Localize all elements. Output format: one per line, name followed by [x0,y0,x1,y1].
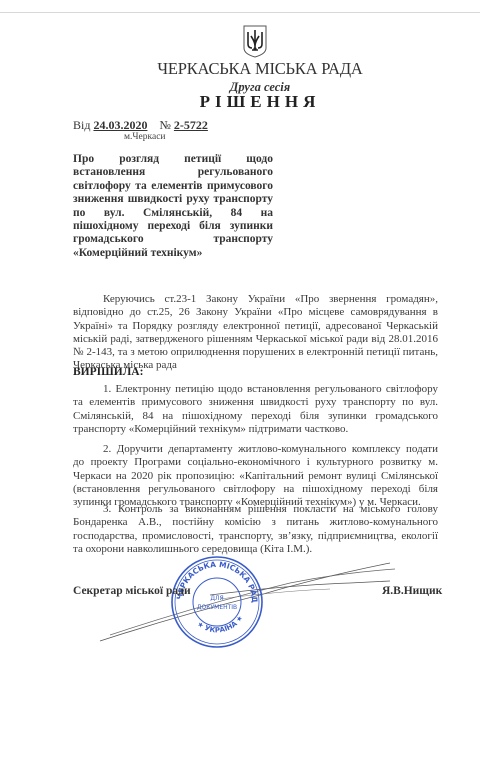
date-number-line: Від 24.03.2020 № 2-5722 [73,118,208,133]
resolved-heading: ВИРІШИЛА: [73,366,143,378]
stamp-center-line1: ДЛЯ [210,595,223,602]
document-title: РІШЕННЯ [0,92,480,112]
date-prefix: Від [73,118,90,132]
city-label: м.Черкаси [124,132,166,142]
svg-text:★ УКРАЇНА ★: ★ УКРАЇНА ★ [196,614,245,634]
clause-3: 3. Контроль за виконанням рішення поклас… [73,503,438,556]
number-prefix: № [159,118,170,132]
clause-1: 1. Електронну петицію щодо встановлення … [73,383,438,436]
signatory-position: Секретар міської ради [73,585,191,597]
decision-subject: Про розгляд петиції щодо встановлення ре… [73,153,273,260]
scan-edge-line [0,12,480,13]
signatory-name: Я.В.Нищик [382,585,442,597]
clause-2: 2. Доручити департаменту житлово-комунал… [73,443,438,509]
official-stamp: ЧЕРКАСЬКА МІСЬКА РАДА ★ УКРАЇНА ★ ДЛЯ ДО… [170,555,264,649]
trident-coat-of-arms-icon [242,24,268,58]
council-name: ЧЕРКАСЬКА МІСЬКА РАДА [0,59,480,79]
decision-date: 24.03.2020 [93,118,147,132]
preamble-paragraph: Керуючись ст.23-1 Закону України «Про зв… [73,293,438,373]
stamp-center-line2: ДОКУМЕНТІВ [197,604,237,611]
decision-number: 2-5722 [174,118,208,132]
